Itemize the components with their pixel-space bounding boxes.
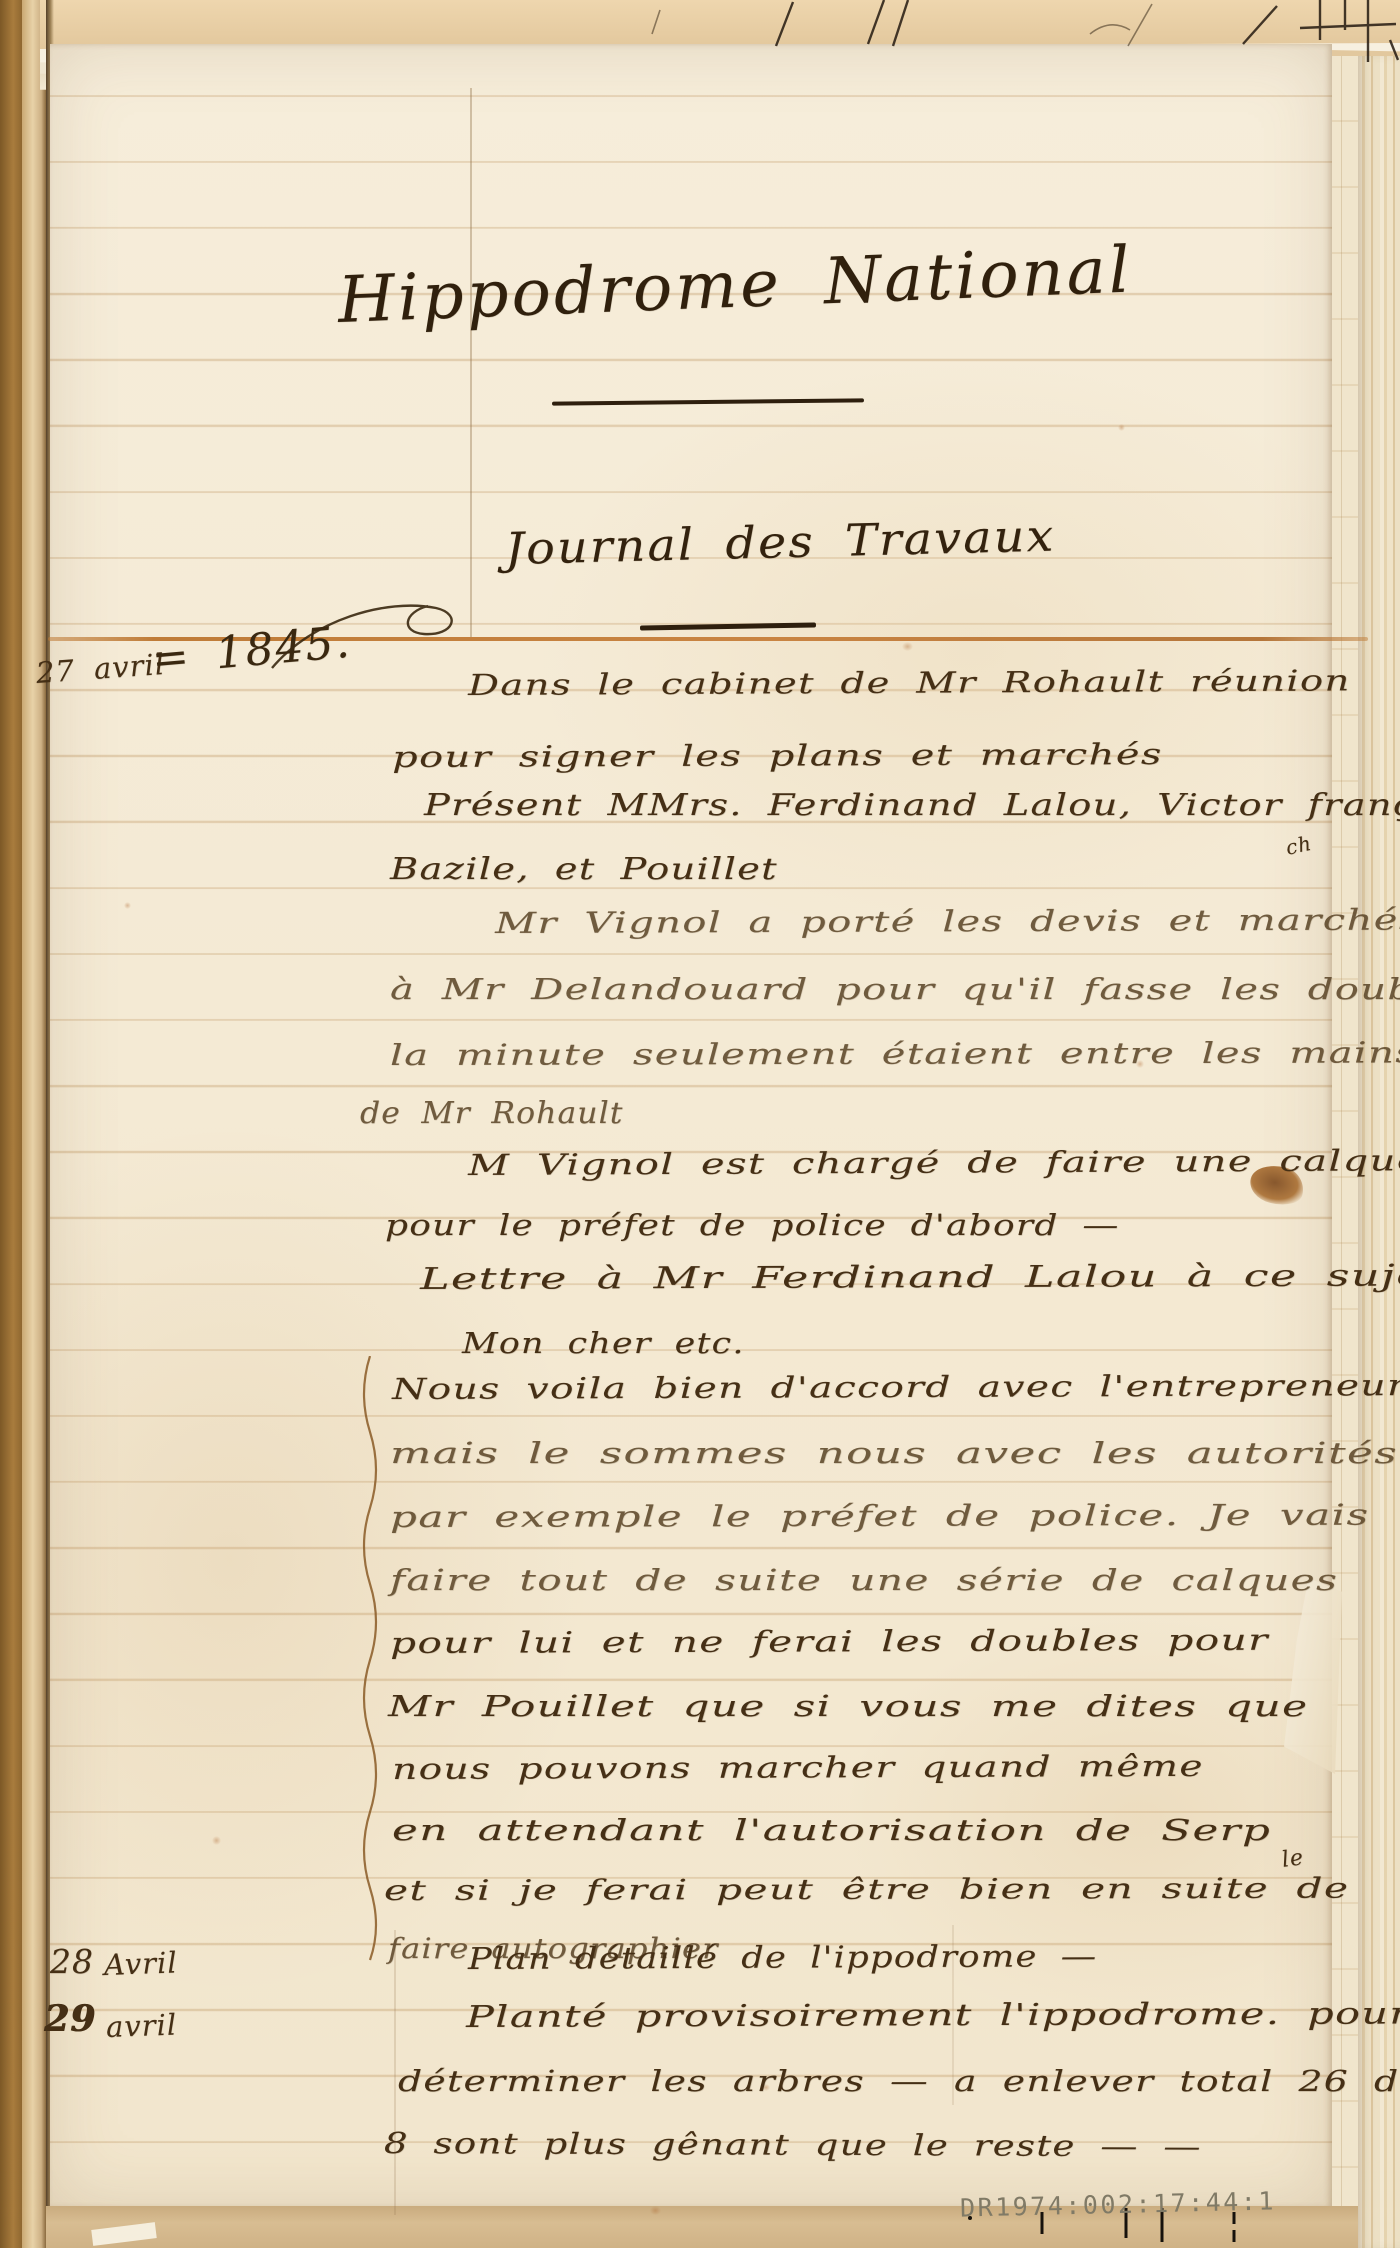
handwritten-line: faire tout de suite une série de calques: [390, 1563, 1338, 1597]
handwritten-line: par exemple le préfet de police. Je vais: [390, 1498, 1370, 1534]
handwritten-line: et si je ferai peut être bien en suite d…: [384, 1872, 1350, 1907]
foxing-speck: [1118, 424, 1125, 431]
handwritten-line: la minute seulement étaient entre les ma…: [390, 1035, 1400, 1072]
handwritten-line: Nous voila bien d'accord avec l'entrepre…: [392, 1368, 1400, 1406]
entry-date-day: 28: [50, 1942, 94, 1981]
handwritten-line: mais le sommes nous avec les autorités: [390, 1436, 1398, 1470]
handwritten-line: déterminer les arbres — a enlever total …: [398, 2064, 1400, 2098]
fold-crease: [394, 1930, 396, 2215]
handwritten-line: de Mr Rohault: [360, 1096, 623, 1131]
handwritten-line: Mon cher etc.: [462, 1326, 745, 1360]
entry-date-day: 29: [44, 1998, 96, 2040]
insert-mark: le: [1280, 1845, 1305, 1873]
foxing-speck: [902, 642, 913, 651]
foxing-speck: [212, 1836, 221, 1845]
entry-date-month: avril: [105, 2008, 177, 2044]
handwritten-line: Présent MMrs. Ferdinand Lalou, Victor fr…: [424, 788, 1400, 823]
handwritten-line: nous pouvons marcher quand même: [392, 1749, 1204, 1786]
handwritten-line: M Vignol est chargé de faire une calque: [468, 1143, 1400, 1182]
fold-crease: [470, 88, 472, 638]
letter-brace: [356, 1356, 382, 1964]
foxing-speck: [124, 902, 131, 909]
handwritten-line: Planté provisoirement l'ippodrome. pour: [466, 1996, 1400, 2035]
background-sketch-strokes: [0, 0, 1400, 120]
handwritten-line: pour le préfet de police d'abord —: [385, 1208, 1120, 1242]
handwritten-line: Mr Vignol a porté les devis et marchés: [495, 902, 1400, 940]
book-board: [0, 0, 22, 2248]
handwritten-line: à Mr Delandouard pour qu'il fasse les do…: [390, 972, 1400, 1006]
handwritten-line: Bazile, et Pouillet: [390, 852, 778, 887]
manuscript-page: Hippodrome National Journal des Travaux …: [0, 0, 1400, 2248]
handwritten-line: pour signer les plans et marchés: [392, 737, 1163, 774]
handwritten-line: Mr Pouillet que si vous me dites que: [388, 1689, 1308, 1723]
handwritten-line: Plan détaillé de l'ippodrome —: [468, 1939, 1097, 1977]
handwritten-line: Lettre à Mr Ferdinand Lalou à ce sujet: [420, 1258, 1400, 1297]
entry-date-month: Avril: [103, 1945, 178, 1982]
handwritten-line: en attendant l'autorisation de Serp: [392, 1813, 1271, 1847]
handwritten-line: pour lui et ne ferai les doubles pour: [390, 1623, 1269, 1660]
handwritten-line: Dans le cabinet de Mr Rohault réunion: [468, 663, 1351, 702]
binding-edge: [22, 0, 46, 2248]
foxing-speck: [650, 2206, 661, 2215]
handwritten-line: 8 sont plus gênant que le reste — —: [384, 2126, 1202, 2163]
